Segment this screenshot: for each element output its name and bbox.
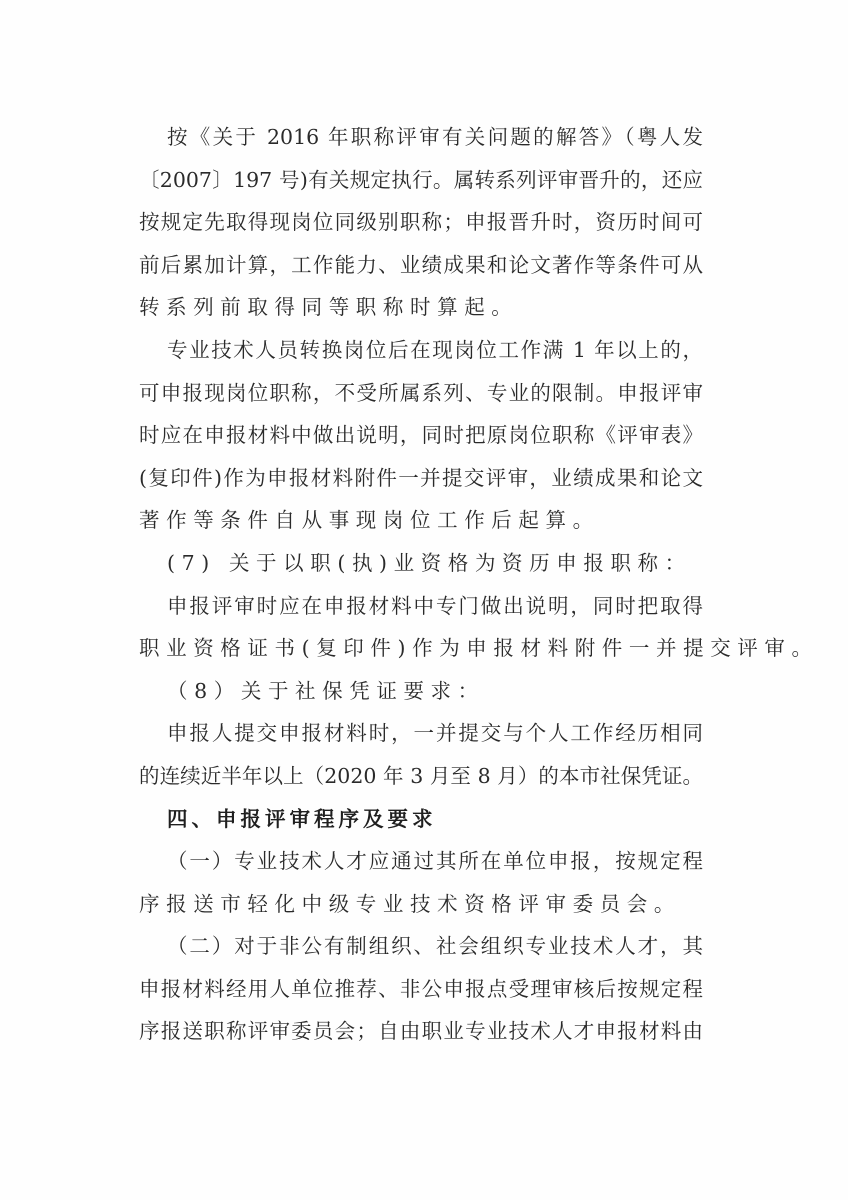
paragraph-line: 〔2007〕197 号)有关规定执行。属转系列评审晋升的，还应 [139, 159, 703, 202]
document-body: 按《关于 2016 年职称评审有关问题的解答》（粤人发 〔2007〕197 号)… [139, 116, 703, 1053]
paragraph-line: 著作等条件自从事现岗位工作后起算。 [139, 499, 703, 542]
paragraph-line: (复印件)作为申报材料附件一并提交评审，业绩成果和论文 [139, 457, 703, 500]
paragraph-line: 职业资格证书(复印件)作为申报材料附件一并提交评审。 [139, 627, 703, 670]
paragraph-line: 申报评审时应在申报材料中专门做出说明，同时把取得 [139, 585, 703, 628]
paragraph-line: 前后累加计算，工作能力、业绩成果和论文著作等条件可从 [139, 244, 703, 287]
document-page: 按《关于 2016 年职称评审有关问题的解答》（粤人发 〔2007〕197 号)… [0, 0, 848, 1200]
paragraph-line: 序报送职称评审委员会；自由职业专业技术人才申报材料由 [139, 1010, 703, 1053]
paragraph-line: 按《关于 2016 年职称评审有关问题的解答》（粤人发 [139, 116, 703, 159]
paragraph-line: 申报材料经用人单位推荐、非公申报点受理审核后按规定程 [139, 968, 703, 1011]
paragraph-line: 转系列前取得同等职称时算起。 [139, 286, 703, 329]
paragraph-line: （一）专业技术人才应通过其所在单位申报，按规定程 [139, 840, 703, 883]
item-7-title: (7) 关于以职(执)业资格为资历申报职称： [139, 542, 703, 585]
paragraph-line: 的连续近半年以上（2020 年 3 月至 8 月）的本市社保凭证。 [139, 755, 703, 798]
item-8-title: （8）关于社保凭证要求： [139, 670, 703, 713]
paragraph-line: 序报送市轻化中级专业技术资格评审委员会。 [139, 883, 703, 926]
paragraph-line: 按规定先取得现岗位同级别职称；申报晋升时，资历时间可 [139, 201, 703, 244]
paragraph-line: 专业技术人员转换岗位后在现岗位工作满 1 年以上的， [139, 329, 703, 372]
paragraph-line: 时应在申报材料中做出说明，同时把原岗位职称《评审表》 [139, 414, 703, 457]
paragraph-line: 可申报现岗位职称，不受所属系列、专业的限制。申报评审 [139, 372, 703, 415]
paragraph-line: 申报人提交申报材料时，一并提交与个人工作经历相同 [139, 712, 703, 755]
paragraph-line: （二）对于非公有制组织、社会组织专业技术人才，其 [139, 925, 703, 968]
section-heading: 四、申报评审程序及要求 [139, 798, 703, 841]
